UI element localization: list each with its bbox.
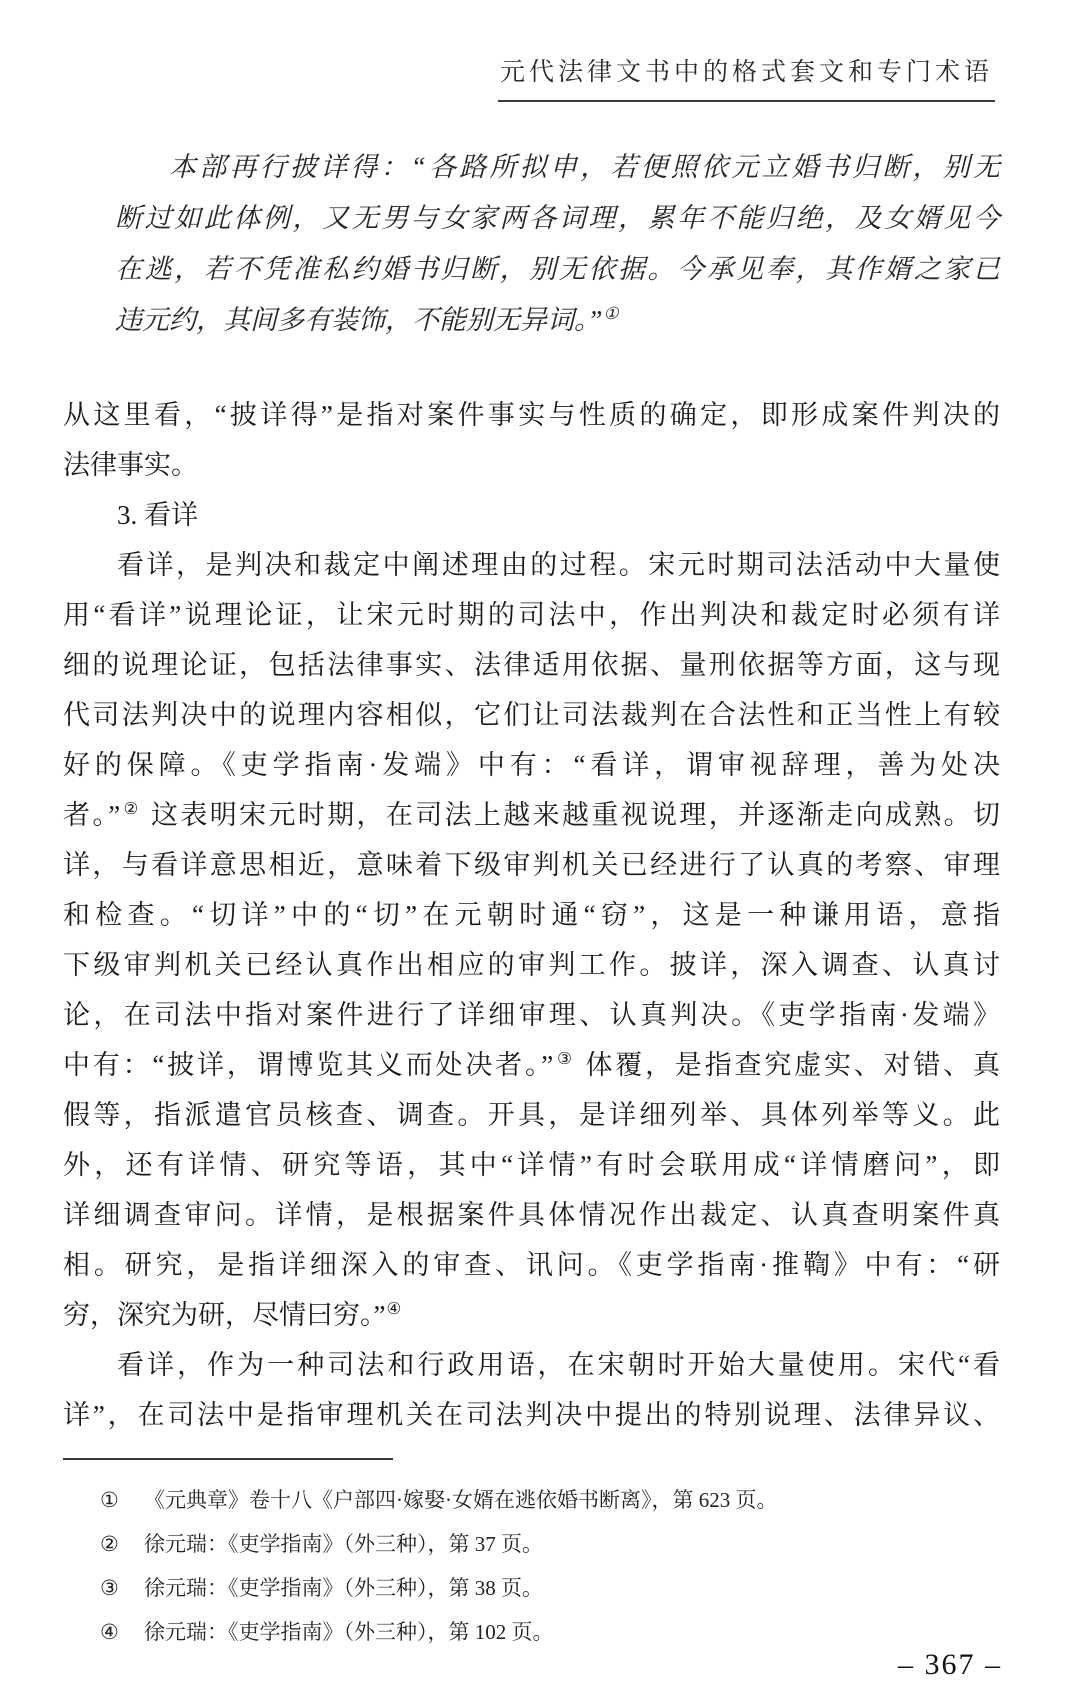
footnote-marker: ① <box>100 1478 144 1522</box>
text-line: 代司法判决中的说理内容相似，它们让司法裁判在合法性和正当性上有较 <box>63 690 1000 740</box>
text-line: 看详，是判决和裁定中阐述理由的过程。宋元时期司法活动中大量使 <box>63 540 1000 590</box>
text-line: 看详，作为一种司法和行政用语，在宋朝时开始大量使用。宋代“看 <box>63 1340 1000 1390</box>
book-page: 元代法律文书中的格式套文和专门术语 本部再行披详得：“各路所拟申，若便照依元立婚… <box>0 0 1080 1695</box>
text-line: 详，与看详意思相近，意味着下级审判机关已经进行了认真的考察、审理 <box>63 840 1000 890</box>
text-line: 3. 看详 <box>63 490 1000 540</box>
text-line: 断过如此体例，又无男与女家两各词理，累年不能归绝，及女婿见今 <box>115 193 1000 244</box>
text-line: 用“看详”说理论证，让宋元时期的司法中，作出判决和裁定时必须有详 <box>63 590 1000 640</box>
text-line: 详”，在司法中是指审理机关在司法判决中提出的特别说理、法律异议、 <box>63 1390 1000 1440</box>
footnote-text: 徐元瑞：《吏学指南》（外三种），第 38 页。 <box>144 1566 1000 1610</box>
text-line: 在逃，若不凭准私约婚书归断，别无依据。今承见奉，其作婿之家已 <box>115 244 1000 295</box>
text-line: 违元约，其间多有装饰，不能别无异词。”① <box>115 295 1000 346</box>
footnote-ref: ① <box>603 304 620 323</box>
footnote-marker: ④ <box>100 1610 144 1654</box>
footnote-item: ②徐元瑞：《吏学指南》（外三种），第 37 页。 <box>100 1522 1000 1566</box>
text-line: 中有：“披详，谓博览其义而处决者。”③ 体覆，是指查究虚实、对错、真 <box>63 1040 1000 1090</box>
footnote-list: ①《元典章》卷十八《户部四·嫁娶·女婿在逃依婚书断离》，第 623 页。②徐元瑞… <box>100 1478 1000 1654</box>
footnote-text: 徐元瑞：《吏学指南》（外三种），第 102 页。 <box>144 1610 1000 1654</box>
text-line: 下级审判机关已经认真作出相应的审判工作。披详，深入调查、认真讨 <box>63 940 1000 990</box>
text-line: 外，还有详情、研究等语，其中“详情”有时会联用成“详情磨问”，即 <box>63 1140 1000 1190</box>
text-line: 和检查。“切详”中的“切”在元朝时通“窃”，这是一种谦用语，意指 <box>63 890 1000 940</box>
text-line: 细的说理论证，包括法律事实、法律适用依据、量刑依据等方面，这与现 <box>63 640 1000 690</box>
page-number: – 367 – <box>898 1648 1002 1682</box>
text-line: 相。研究，是指详细深入的审查、讯问。《吏学指南·推鞫》中有：“研 <box>63 1240 1000 1290</box>
text-line: 论，在司法中指对案件进行了详细审理、认真判决。《吏学指南·发端》 <box>63 990 1000 1040</box>
footnote-text: 《元典章》卷十八《户部四·嫁娶·女婿在逃依婚书断离》，第 623 页。 <box>144 1478 1000 1522</box>
footnote-ref: ② <box>120 799 142 818</box>
text-line: 从这里看，“披详得”是指对案件事实与性质的确定，即形成案件判决的 <box>63 390 1000 440</box>
footnote-separator <box>63 1458 393 1460</box>
text-line: 本部再行披详得：“各路所拟申，若便照依元立婚书归断，别无 <box>115 142 1000 193</box>
text-line: 穷，深究为研，尽情曰穷。”④ <box>63 1290 1000 1340</box>
text-line: 详细调查审问。详情，是根据案件具体情况作出裁定、认真查明案件真 <box>63 1190 1000 1240</box>
footnote-item: ①《元典章》卷十八《户部四·嫁娶·女婿在逃依婚书断离》，第 623 页。 <box>100 1478 1000 1522</box>
block-quote: 本部再行披详得：“各路所拟申，若便照依元立婚书归断，别无断过如此体例，又无男与女… <box>115 142 1000 346</box>
footnote-ref: ④ <box>385 1299 402 1318</box>
paragraph: 看详，是判决和裁定中阐述理由的过程。宋元时期司法活动中大量使用“看详”说理论证，… <box>63 540 1000 1340</box>
footnote-marker: ③ <box>100 1566 144 1610</box>
main-text: 从这里看，“披详得”是指对案件事实与性质的确定，即形成案件判决的法律事实。3. … <box>63 390 1000 1440</box>
paragraph: 从这里看，“披详得”是指对案件事实与性质的确定，即形成案件判决的法律事实。 <box>63 390 1000 490</box>
paragraph: 看详，作为一种司法和行政用语，在宋朝时开始大量使用。宋代“看详”，在司法中是指审… <box>63 1340 1000 1440</box>
running-head-title: 元代法律文书中的格式套文和专门术语 <box>498 52 995 102</box>
footnote-item: ④徐元瑞：《吏学指南》（外三种），第 102 页。 <box>100 1610 1000 1654</box>
footnote-ref: ③ <box>553 1049 576 1068</box>
text-line: 法律事实。 <box>63 440 1000 490</box>
footnote-item: ③徐元瑞：《吏学指南》（外三种），第 38 页。 <box>100 1566 1000 1610</box>
text-line: 好的保障。《吏学指南·发端》中有：“看详，谓审视辞理，善为处决 <box>63 740 1000 790</box>
text-line: 者。”② 这表明宋元时期，在司法上越来越重视说理，并逐渐走向成熟。切 <box>63 790 1000 840</box>
section-heading: 3. 看详 <box>63 490 1000 540</box>
footnote-text: 徐元瑞：《吏学指南》（外三种），第 37 页。 <box>144 1522 1000 1566</box>
text-line: 假等，指派遣官员核查、调查。开具，是详细列举、具体列举等义。此 <box>63 1090 1000 1140</box>
footnote-marker: ② <box>100 1522 144 1566</box>
